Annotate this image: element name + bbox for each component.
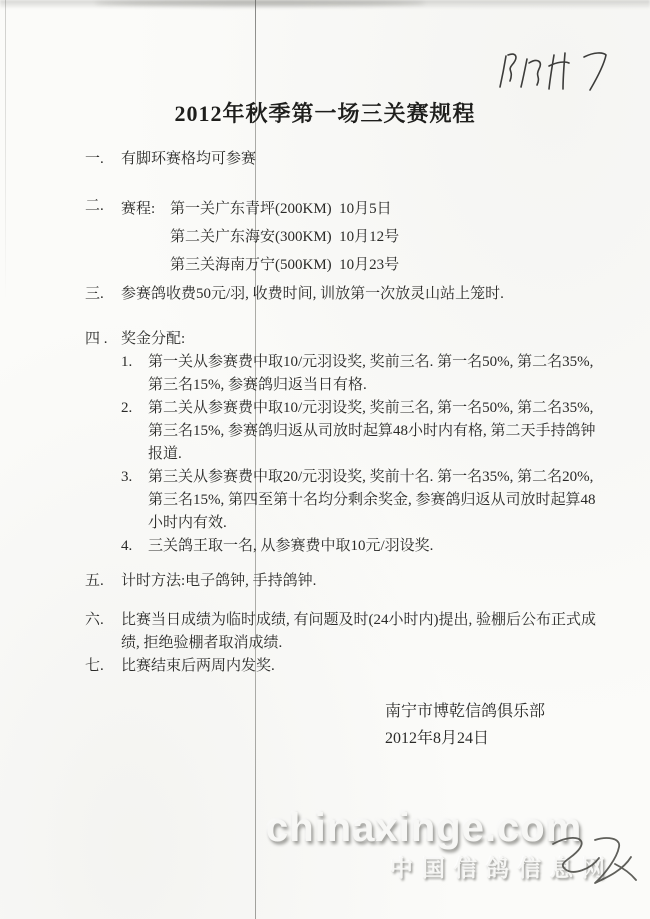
subitem-3-text: 第三关从参赛费中取20/元羽设奖, 奖前十名. 第一名35%, 第二名20%, … [148, 466, 605, 535]
signature-scribble-icon [545, 828, 640, 896]
prize-subitem-2: 2. 第二关从参赛费中取10/元羽设奖, 奖前三名, 第一名50%, 第二名35… [121, 397, 605, 466]
section-7: 七. 比赛结束后两周内发奖. [85, 655, 605, 678]
section-6: 六. 比赛当日成绩为临时成绩, 有问题及时(24小时内)提出, 验棚后公布正式成… [85, 609, 605, 655]
subitem-1-text: 第一关从参赛费中取10/元羽设奖, 奖前三名. 第一名50%, 第二名35%, … [148, 351, 605, 397]
subitem-3-marker: 3. [121, 466, 148, 535]
signature-block: 南宁市博乾信鸽俱乐部 2012年8月24日 [385, 698, 650, 752]
race-schedule-line: 第三关海南万宁(500KM) 10月23号 [170, 251, 605, 279]
watermark-domain: chinaxinge.com [266, 806, 582, 851]
section-1-text: 有脚环赛格均可参赛 [121, 148, 605, 171]
signature-org: 南宁市博乾信鸽俱乐部 [385, 698, 650, 725]
subitem-4-text: 三关鸽王取一名, 从参赛费中取10元/羽设奖. [148, 535, 605, 558]
prize-subitem-1: 1. 第一关从参赛费中取10/元羽设奖, 奖前三名. 第一名50%, 第二名35… [121, 351, 605, 397]
section-4-marker: 四 . [85, 328, 121, 558]
subitem-4-marker: 4. [121, 535, 148, 558]
schedule-label: 赛程: [121, 195, 170, 279]
signature-date: 2012年8月24日 [385, 725, 650, 752]
section-2-schedule: 赛程: 第一关广东青坪(200KM) 10月5日 第二关广东海安(300KM) … [121, 195, 605, 279]
prize-subitem-3: 3. 第三关从参赛费中取20/元羽设奖, 奖前十名. 第一名35%, 第二名20… [121, 466, 605, 535]
section-4-content: 奖金分配: 1. 第一关从参赛费中取10/元羽设奖, 奖前三名. 第一名50%,… [121, 328, 605, 558]
subitem-2-text: 第二关从参赛费中取10/元羽设奖, 奖前三名, 第一名50%, 第二名35%, … [148, 397, 605, 466]
section-3-marker: 三. [85, 283, 121, 306]
page-title: 2012年秋季第一场三关赛规程 [0, 98, 650, 130]
section-3: 三. 参赛鸽收费50元/羽, 收费时间, 训放第一次放灵山站上笼时. [85, 283, 605, 306]
section-5-marker: 五. [85, 570, 121, 593]
section-6-text: 比赛当日成绩为临时成绩, 有问题及时(24小时内)提出, 验棚后公布正式成绩, … [121, 609, 605, 655]
section-2: 二. 赛程: 第一关广东青坪(200KM) 10月5日 第二关广东海安(300K… [85, 195, 605, 279]
section-4-heading: 奖金分配: [121, 328, 605, 351]
section-1-marker: 一. [85, 148, 121, 171]
section-2-marker: 二. [85, 195, 121, 279]
prize-subitem-4: 4. 三关鸽王取一名, 从参赛费中取10元/羽设奖. [121, 535, 605, 558]
subitem-1-marker: 1. [121, 351, 148, 397]
race-schedule-line: 第二关广东海安(300KM) 10月12号 [170, 223, 605, 251]
schedule-routes: 第一关广东青坪(200KM) 10月5日 第二关广东海安(300KM) 10月1… [170, 195, 605, 279]
section-4: 四 . 奖金分配: 1. 第一关从参赛费中取10/元羽设奖, 奖前三名. 第一名… [85, 328, 605, 558]
section-1: 一. 有脚环赛格均可参赛 [85, 148, 605, 171]
signature-scribble [545, 828, 640, 896]
document-body: 2012年秋季第一场三关赛规程 一. 有脚环赛格均可参赛 二. 赛程: 第一关广… [0, 0, 650, 752]
section-7-marker: 七. [85, 655, 121, 678]
race-schedule-line: 第一关广东青坪(200KM) 10月5日 [170, 195, 605, 223]
section-3-text: 参赛鸽收费50元/羽, 收费时间, 训放第一次放灵山站上笼时. [121, 283, 605, 306]
section-6-marker: 六. [85, 609, 121, 655]
section-5: 五. 计时方法:电子鸽钟, 手持鸽钟. [85, 570, 605, 593]
subitem-2-marker: 2. [121, 397, 148, 466]
section-5-text: 计时方法:电子鸽钟, 手持鸽钟. [121, 570, 605, 593]
section-7-text: 比赛结束后两周内发奖. [121, 655, 605, 678]
